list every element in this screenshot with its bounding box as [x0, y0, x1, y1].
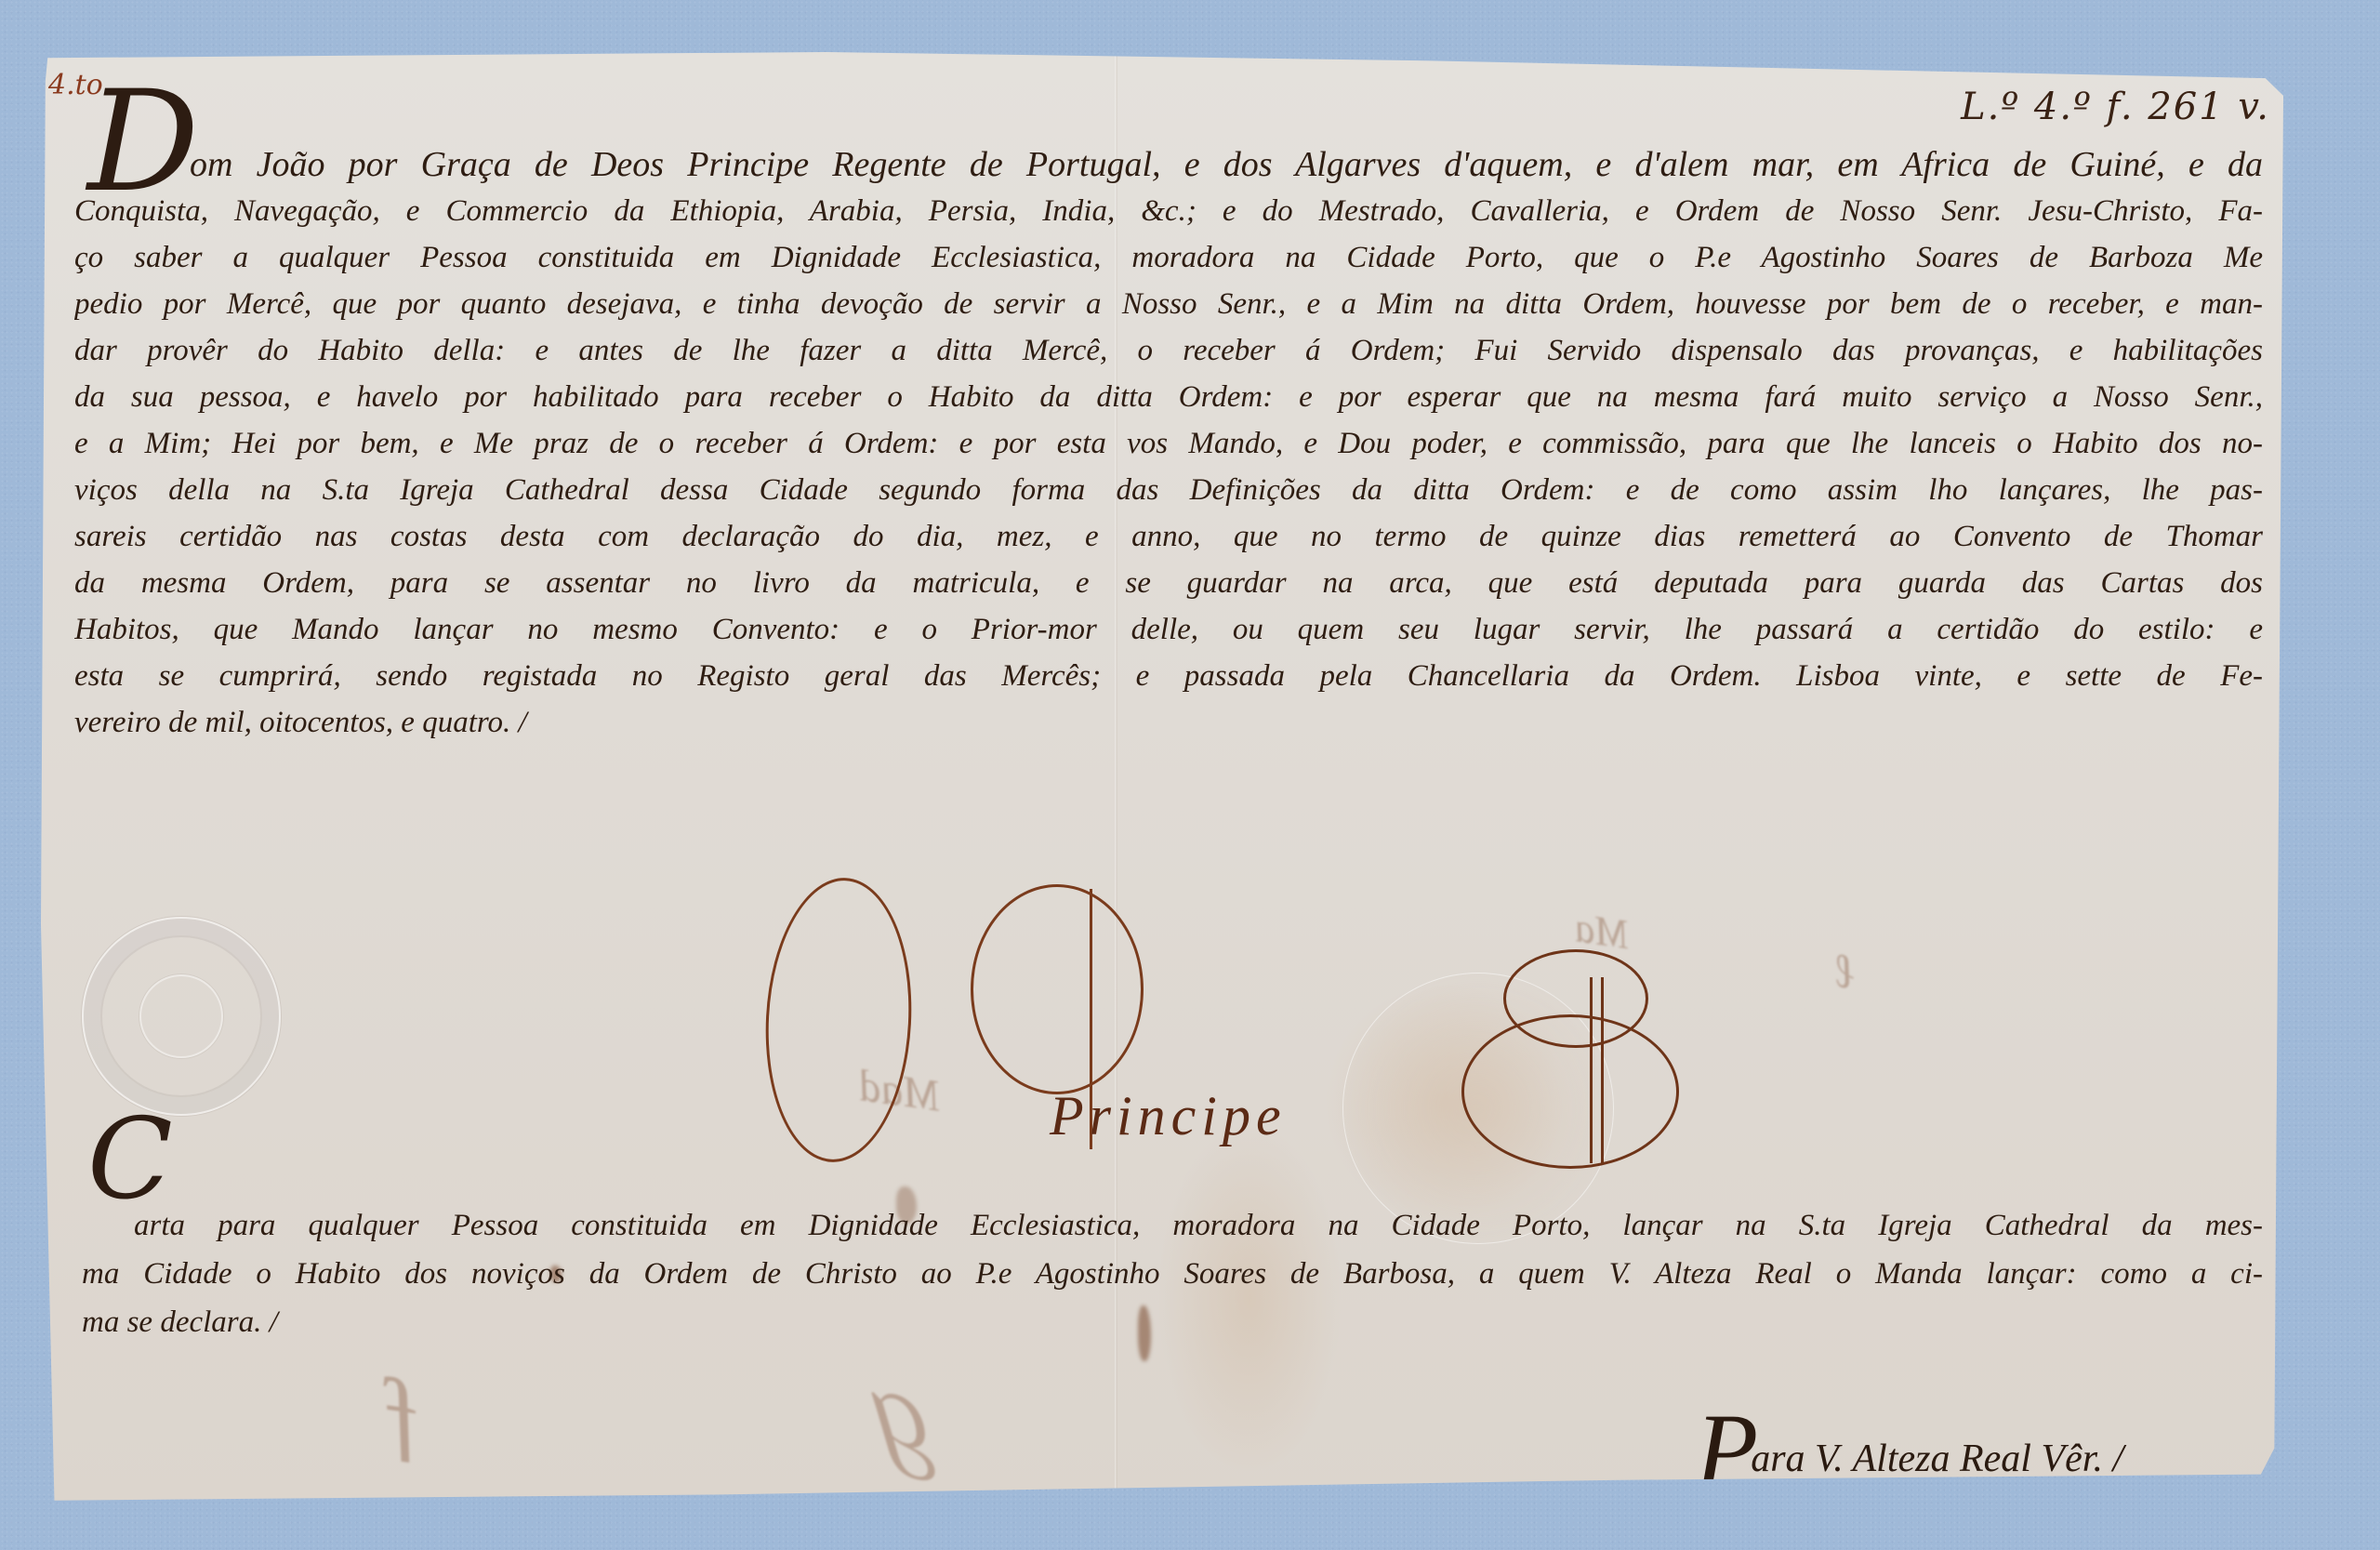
body-line: esta se cumprirá, sendo registada no Reg…: [74, 653, 2263, 699]
body-line-date: vereiro de mil, oitocentos, e quatro. /: [74, 699, 2263, 746]
top-right-folio-reference: L.º 4.º f. 261 v.: [1961, 86, 2270, 128]
body-line: Conquista, Navegação, e Commercio da Eth…: [74, 188, 2263, 234]
signature-title: Principe: [1050, 1084, 1287, 1148]
body-line: Habitos, que Mando lançar no mesmo Conve…: [74, 606, 2263, 653]
body-line: pedio por Mercê, que por quanto desejava…: [74, 281, 2263, 327]
manuscript-sheet: 4.to L.º 4.º f. 261 v. D om João por Gra…: [41, 52, 2283, 1506]
body-line: e a Mim; Hei por bem, e Me praz de o rec…: [74, 420, 2263, 467]
charter-summary: arta para qualquer Pessoa constituida em…: [134, 1201, 2263, 1346]
body-line: ço saber a qualquer Pessoa constituida e…: [74, 234, 2263, 281]
ink-offset-mark: ƒ: [367, 1351, 434, 1475]
body-line: da mesma Ordem, para se assentar no livr…: [74, 560, 2263, 606]
body-line: viços della na S.ta Igreja Cathedral des…: [74, 467, 2263, 513]
signoff-initial: P: [1696, 1393, 1758, 1506]
ink-offset-mark: ℊ: [850, 1329, 972, 1489]
summary-line: arta para qualquer Pessoa constituida em…: [134, 1201, 2263, 1250]
embossed-seal-icon: [82, 917, 281, 1116]
secretary-monogram-icon: [1461, 949, 1675, 1186]
signoff: Para V. Alteza Real Vêr. /: [1696, 1391, 2123, 1509]
signature-letter-p-loop: [971, 884, 1144, 1094]
signoff-text: ara V. Alteza Real Vêr. /: [1751, 1437, 2123, 1480]
body-line: da sua pessoa, e havelo por habilitado p…: [74, 374, 2263, 420]
ink-offset-mark: ℓ: [1831, 944, 1859, 1000]
signature-letter-o: [759, 874, 919, 1166]
summary-line: ma Cidade o Habito dos noviços da Ordem …: [82, 1250, 2263, 1298]
summary-line: ma se declara. /: [82, 1298, 2263, 1346]
closing-initial: C: [87, 1105, 173, 1216]
body-line: om João por Graça de Deos Principe Regen…: [134, 141, 2263, 188]
body-line: sareis certidão nas costas desta com dec…: [74, 513, 2263, 560]
body-line: dar provêr do Habito della: e antes de l…: [74, 327, 2263, 374]
charter-body: om João por Graça de Deos Principe Regen…: [134, 141, 2263, 746]
